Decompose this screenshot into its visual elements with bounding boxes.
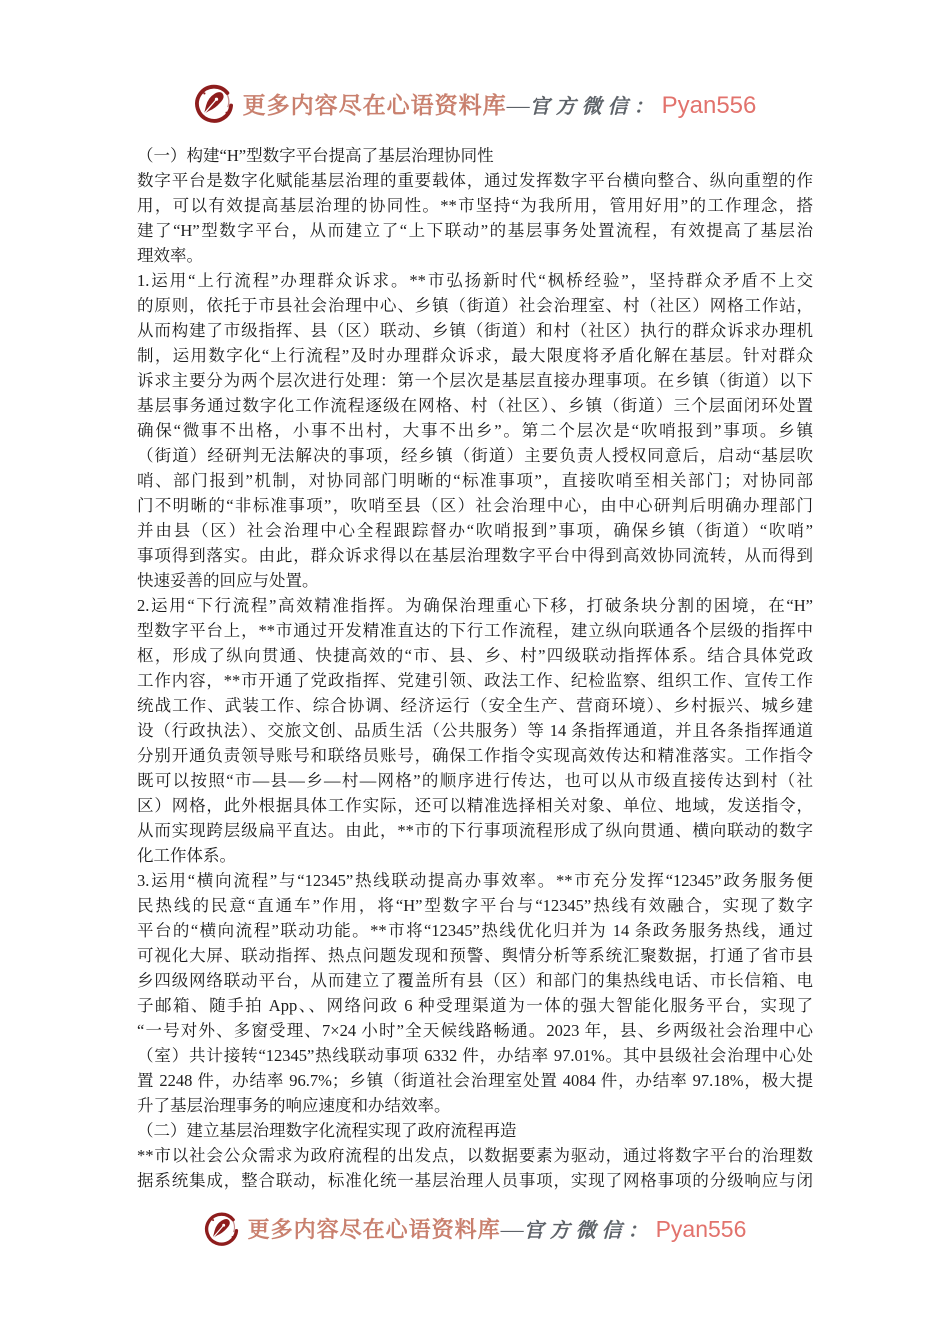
text-line: “一号对外、多窗受理、7×24 小时”全天候线路畅通。2023 年，县、乡两级社…	[137, 1018, 813, 1043]
text-line: 从而实现跨层级扁平直达。由此，**市的下行事项流程形成了纵向贯通、横向联动的数字	[137, 818, 813, 843]
text-line: 从而构建了市级指挥、县（区）联动、乡镇（街道）和村（社区）执行的群众诉求办理机	[137, 318, 813, 343]
text-line: 置 2248 件，办结率 96.7%；乡镇（街道社会治理室处置 4084 件，办…	[137, 1068, 813, 1093]
text-line: （一）构建“H”型数字平台提高了基层治理协同性	[137, 143, 813, 168]
header-brand-bar: 更多内容尽在心语资料库—官方微信：Pyan556	[0, 83, 950, 123]
brand-site-text: 更多内容尽在心语资料库	[243, 87, 507, 120]
text-line: 平台的“横向流程”联动功能。**市将“12345”热线优化归并为 14 条政务服…	[137, 918, 813, 943]
text-line: **市以社会公众需求为政府流程的出发点，以数据要素为驱动，通过将数字平台的治理数	[137, 1143, 813, 1168]
text-line: 确保“微事不出格，小事不出村，大事不出乡”。第二个层次是“吹哨报到”事项。乡镇	[137, 418, 813, 443]
text-line: 制，运用数字化“上行流程”及时办理群众诉求，最大限度将矛盾化解在基层。针对群众	[137, 343, 813, 368]
brand-text: 更多内容尽在心语资料库—官方微信：Pyan556	[248, 1213, 747, 1244]
text-line: 枢，形成了纵向贯通、快捷高效的“市、县、乡、村”四级联动指挥体系。结合具体党政	[137, 643, 813, 668]
text-line: 设（行政执法）、交旅文创、品质生活（公共服务）等 14 条指挥通道，并且各条指挥…	[137, 718, 813, 743]
text-line: 乡四级网络联动平台，从而建立了覆盖所有县（区）和部门的集热线电话、市长信箱、电	[137, 968, 813, 993]
pen-logo-icon	[204, 1211, 239, 1246]
text-line: 并由县（区）社会治理中心全程跟踪督办“吹哨报到”事项，确保乡镇（街道）“吹哨”	[137, 518, 813, 543]
text-line: 2.运用“下行流程”高效精准指挥。为确保治理重心下移，打破条块分割的困境，在“H…	[137, 593, 813, 618]
text-line: 既可以按照“市—县—乡—村—网格”的顺序进行传达，也可以从市级直接传达到村（社	[137, 768, 813, 793]
document-lines: （一）构建“H”型数字平台提高了基层治理协同性数字平台是数字化赋能基层治理的重要…	[137, 143, 813, 1193]
text-line: 分别开通负责领导账号和联络员账号，确保工作指令实现高效传达和精准落实。工作指令	[137, 743, 813, 768]
text-line: 据系统集成，整合联动，标准化统一基层治理人员事项，实现了网格事项的分级响应与闭	[137, 1168, 813, 1193]
text-line: 3.运用“横向流程”与“12345”热线联动提高办事效率。**市充分发挥“123…	[137, 868, 813, 893]
text-line: 的原则，依托于市县社会治理中心、乡镇（街道）社会治理室、村（社区）网格工作站，	[137, 293, 813, 318]
brand-wechat-label: 官方微信：	[524, 1214, 654, 1243]
text-line: 化工作体系。	[137, 843, 813, 868]
brand-dash: —	[501, 1217, 524, 1243]
text-line: （街道）经研判无法解决的事项，经乡镇（街道）主要负责人授权同意后，启动“基层吹	[137, 443, 813, 468]
document-page: { "colors": { "site": "#c9806e", "gray":…	[0, 0, 950, 1344]
brand-wechat-id: Pyan556	[656, 1216, 747, 1243]
text-line: （二）建立基层治理数字化流程实现了政府流程再造	[137, 1118, 813, 1143]
text-line: 快速妥善的回应与处置。	[137, 568, 813, 593]
text-line: 升了基层治理事务的响应速度和办结效率。	[137, 1093, 813, 1118]
text-line: 理效率。	[137, 243, 813, 268]
brand-wechat-id: Pyan556	[662, 92, 757, 120]
text-line: 用，可以有效提高基层治理的协同性。**市坚持“为我所用，管用好用”的工作理念，搭	[137, 193, 813, 218]
text-line: 诉求主要分为两个层次进行处理：第一个层次是基层直接办理事项。在乡镇（街道）以下	[137, 368, 813, 393]
text-line: 基层事务通过数字化工作流程逐级在网格、村（社区）、乡镇（街道）三个层面闭环处置	[137, 393, 813, 418]
text-line: （室）共计接转“12345”热线联动事项 6332 件，办结率 97.01%。其…	[137, 1043, 813, 1068]
text-line: 可视化大屏、联动指挥、热点问题发现和预警、舆情分析等系统汇聚数据，打通了省市县	[137, 943, 813, 968]
text-line: 区）网格，此外根据具体工作实际，还可以精准选择相关对象、单位、地域，发送指令，	[137, 793, 813, 818]
brand-site-text: 更多内容尽在心语资料库	[248, 1213, 501, 1244]
text-line: 子邮箱、随手拍 App、、网络问政 6 种受理渠道为一体的强大智能化服务平台，实…	[137, 993, 813, 1018]
text-line: 数字平台是数字化赋能基层治理的重要载体，通过发挥数字平台横向整合、纵向重塑的作	[137, 168, 813, 193]
brand-text: 更多内容尽在心语资料库—官方微信：Pyan556	[243, 87, 757, 120]
text-line: 型数字平台上，**市通过开发精准直达的下行工作流程，建立纵向联通各个层级的指挥中	[137, 618, 813, 643]
brand-wechat-label: 官方微信：	[530, 90, 660, 119]
text-line: 事项得到落实。由此，群众诉求得以在基层治理数字平台中得到高效协同流转，从而得到	[137, 543, 813, 568]
text-line: 工作内容，**市开通了党政指挥、党建引领、政法工作、纪检监察、组织工作、宣传工作	[137, 668, 813, 693]
pen-logo-icon	[194, 83, 234, 123]
text-line: 门不明晰的“非标准事项”，吹哨至县（区）社会治理中心，由中心研判后明确办理部门	[137, 493, 813, 518]
text-line: 建了“H”型数字平台，从而建立了“上下联动”的基层事务处置流程，有效提高了基层治	[137, 218, 813, 243]
text-line: 统战工作、武装工作、综合协调、经济运行（安全生产、营商环境）、乡村振兴、城乡建	[137, 693, 813, 718]
brand-dash: —	[507, 93, 530, 119]
footer-brand-bar: 更多内容尽在心语资料库—官方微信：Pyan556	[0, 1211, 950, 1246]
text-line: 1.运用“上行流程”办理群众诉求。**市弘扬新时代“枫桥经验”，坚持群众矛盾不上…	[137, 268, 813, 293]
text-line: 哨、部门报到”机制，对协同部门明晰的“标准事项”，直接吹哨至相关部门；对协同部	[137, 468, 813, 493]
text-line: 民热线的民意“直通车”作用，将“H”型数字平台与“12345”热线有效融合，实现…	[137, 893, 813, 918]
